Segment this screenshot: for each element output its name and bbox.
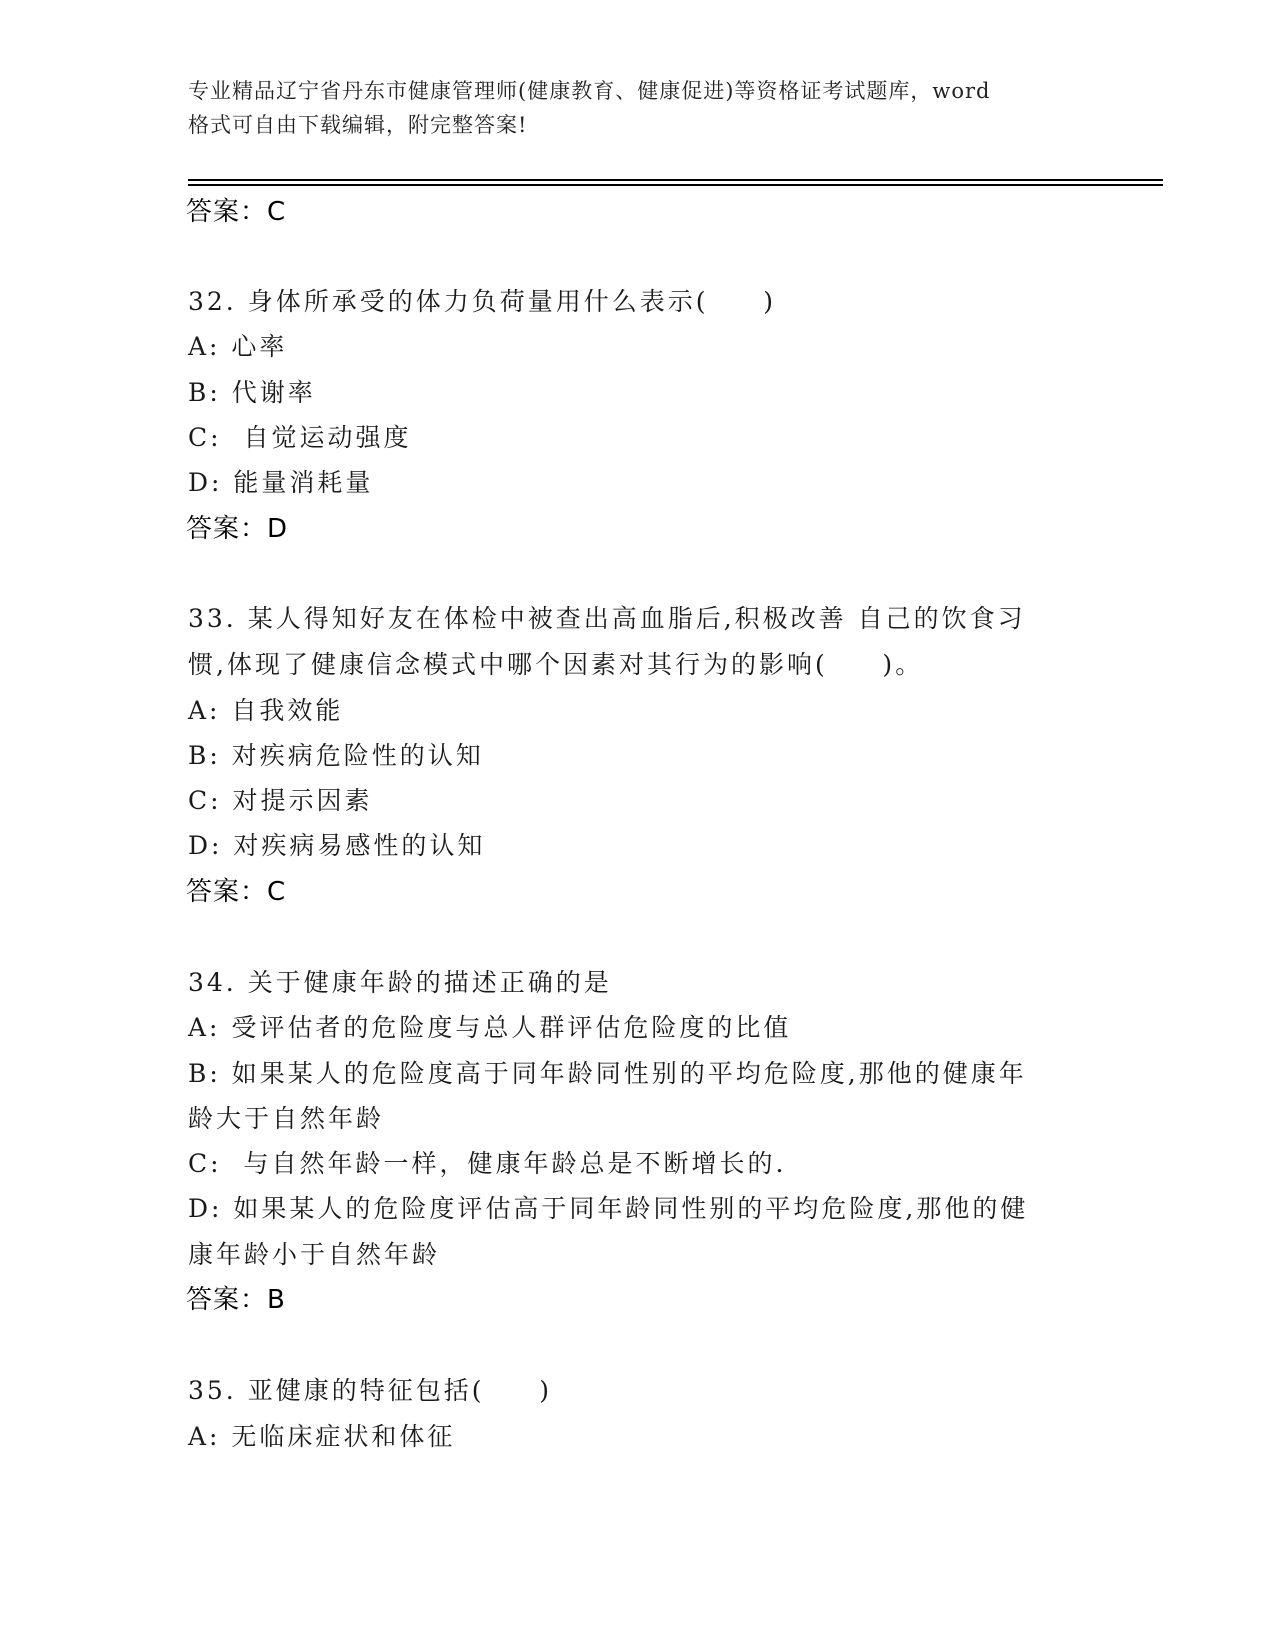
question-34-answer: 答案：B [186,1284,286,1316]
question-35-option-a: A: 无临床症状和体征 [188,1421,455,1453]
question-32-option-a: A: 心率 [188,331,287,363]
header-line-1: 专业精品辽宁省丹东市健康管理师(健康教育、健康促进)等资格证考试题库，word [188,74,1088,108]
question-32-option-d: D: 能量消耗量 [188,467,373,499]
question-35-stem: 35. 亚健康的特征包括( ) [188,1375,552,1407]
question-33-option-a: A: 自我效能 [188,695,343,727]
answer-previous: 答案：C [186,196,286,228]
header-rule-top [188,179,1163,181]
question-32-answer: 答案：D [186,513,288,545]
question-34-option-a: A: 受评估者的危险度与总人群评估危险度的比值 [188,1012,791,1044]
header-rule-bottom [188,184,1163,186]
question-34-option-c: C: 与自然年龄一样，健康年龄总是不断增长的. [188,1148,786,1180]
question-33-option-b: B: 对疾病危险性的认知 [188,740,484,772]
question-33-option-c: C: 对提示因素 [188,785,373,817]
question-34-stem: 34. 关于健康年龄的描述正确的是 [188,967,612,999]
header-line-2: 格式可自由下载编辑，附完整答案! [188,108,1088,142]
document-header: 专业精品辽宁省丹东市健康管理师(健康教育、健康促进)等资格证考试题库，word … [188,74,1088,142]
question-32-option-b: B: 代谢率 [188,377,316,409]
question-33-answer: 答案：C [186,876,286,908]
question-34-option-b: B: 如果某人的危险度高于同年龄同性别的平均危险度,那他的健康年 [188,1058,1027,1090]
question-33-stem-line-2: 惯,体现了健康信念模式中哪个因素对其行为的影响( )。 [188,649,923,681]
question-34-option-b-continued: 龄大于自然年龄 [188,1103,384,1135]
question-32-stem: 32. 身体所承受的体力负荷量用什么表示( ) [188,286,776,318]
question-34-option-d-continued: 康年龄小于自然年龄 [188,1239,440,1271]
question-32-option-c: C: 自觉运动强度 [188,422,411,454]
question-33-option-d: D: 对疾病易感性的认知 [188,830,485,862]
question-33-stem-line-1: 33. 某人得知好友在体检中被查出高血脂后,积极改善 自己的饮食习 [188,603,1026,635]
question-34-option-d: D: 如果某人的危险度评估高于同年龄同性别的平均危险度,那他的健 [188,1193,1028,1225]
